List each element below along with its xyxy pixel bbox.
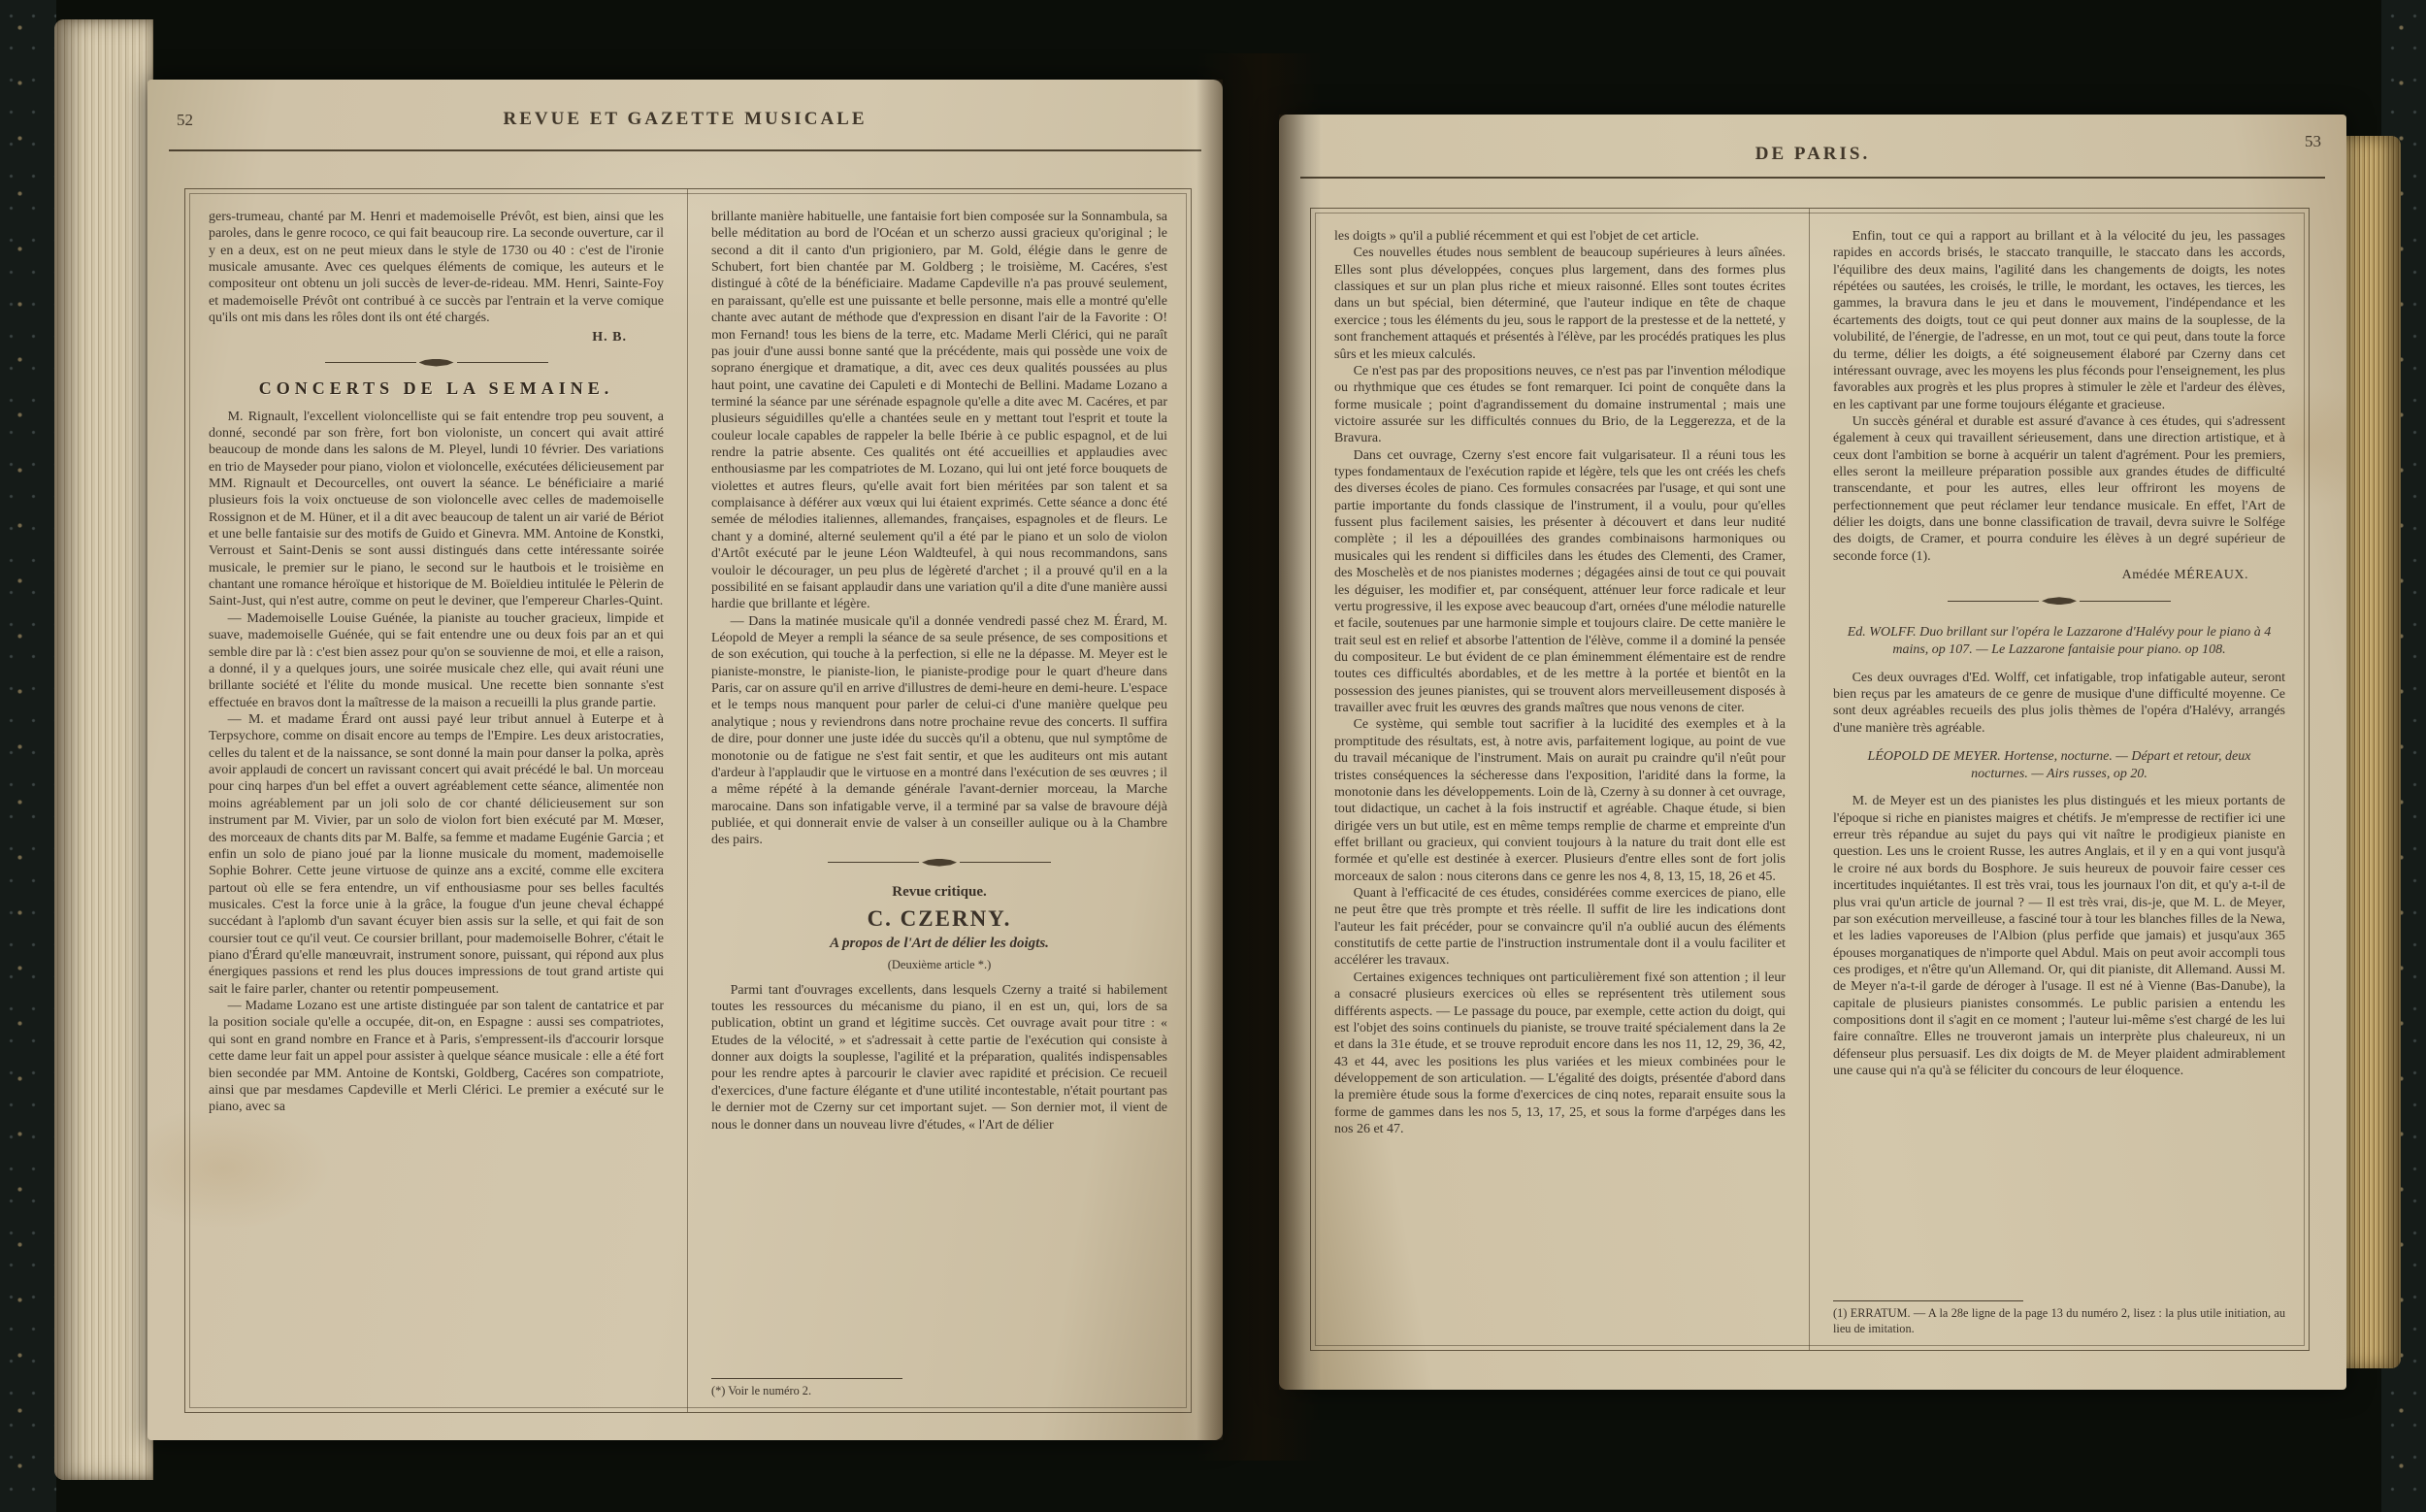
left-page-column-2: brillante manière habituelle, une fantai… (688, 189, 1191, 1412)
spindle-ornament-icon (419, 359, 454, 367)
divider-ornament (828, 859, 1051, 867)
right-page-column-2: Enfin, tout ce qui a rapport au brillant… (1810, 209, 2309, 1350)
body-paragraph: Quant à l'efficacité de ces études, cons… (1334, 885, 1786, 970)
page-number: 53 (2305, 132, 2321, 151)
body-paragraph: brillante manière habituelle, une fantai… (711, 209, 1167, 613)
body-paragraph: Enfin, tout ce qui a rapport au brillant… (1833, 228, 2285, 413)
body-paragraph: les doigts » qu'il a publié récemment et… (1334, 228, 1786, 245)
author-signature: H. B. (209, 330, 627, 345)
body-paragraph: M. de Meyer est un des pianistes les plu… (1833, 793, 2285, 1079)
body-paragraph: M. Rignault, l'excellent violoncelliste … (209, 409, 664, 610)
running-head: DE PARIS. (1279, 144, 2346, 165)
footnote-block: (1) ERRATUM. — A la 28e ligne de la page… (1833, 1293, 2285, 1336)
body-paragraph: Ces nouvelles études nous semblent de be… (1334, 245, 1786, 363)
body-paragraph: — M. et madame Érard ont aussi payé leur… (209, 711, 664, 998)
text-frame: les doigts » qu'il a publié récemment et… (1310, 208, 2310, 1351)
footnote: (*) Voir le numéro 2. (711, 1384, 1167, 1398)
work-heading: Ed. WOLFF. Duo brillant sur l'opéra le L… (1843, 624, 2276, 659)
right-page-column-1: les doigts » qu'il a publié récemment et… (1311, 209, 1810, 1350)
header-rule (1300, 177, 2325, 179)
article-note: (Deuxième article *.) (711, 958, 1167, 972)
body-paragraph: — Madame Lozano est une artiste distingu… (209, 998, 664, 1116)
body-paragraph: — Dans la matinée musicale qu'il a donné… (711, 613, 1167, 849)
body-paragraph: Ces deux ouvrages d'Ed. Wolff, cet infat… (1833, 670, 2285, 737)
body-paragraph: Certaines exigences techniques ont parti… (1334, 970, 1786, 1138)
right-page: DE PARIS. 53 les doigts » qu'il a publié… (1279, 115, 2346, 1390)
left-page: 52 REVUE ET GAZETTE MUSICALE gers-trumea… (148, 80, 1223, 1440)
article-title: C. CZERNY. (711, 906, 1167, 932)
body-paragraph: gers-trumeau, chanté par M. Henri et mad… (209, 209, 664, 327)
page-edges-left (54, 19, 153, 1480)
body-paragraph: Ce système, qui semble tout sacrifier à … (1334, 716, 1786, 885)
article-subtitle: A propos de l'Art de délier les doigts. (711, 936, 1167, 952)
section-heading: CONCERTS DE LA SEMAINE. (209, 378, 664, 399)
header-rule (169, 149, 1201, 151)
body-paragraph: Un succès général et durable est assuré … (1833, 413, 2285, 565)
spindle-ornament-icon (922, 859, 957, 867)
left-page-header: 52 REVUE ET GAZETTE MUSICALE (148, 109, 1223, 148)
page-number: 52 (177, 111, 193, 130)
spindle-ornament-icon (2042, 597, 2077, 605)
footnote-rule (1833, 1300, 2023, 1301)
divider-ornament (1948, 597, 2171, 605)
footnote: (1) ERRATUM. — A la 28e ligne de la page… (1833, 1306, 2285, 1336)
body-paragraph: Parmi tant d'ouvrages excellents, dans l… (711, 982, 1167, 1134)
author-signature: Amédée MÉREAUX. (1833, 568, 2248, 583)
divider-ornament (325, 359, 548, 367)
body-paragraph: Dans cet ouvrage, Czerny s'est encore fa… (1334, 447, 1786, 717)
review-kicker: Revue critique. (711, 884, 1167, 901)
left-page-column-1: gers-trumeau, chanté par M. Henri et mad… (185, 189, 688, 1412)
running-head: REVUE ET GAZETTE MUSICALE (148, 109, 1223, 130)
work-heading: LÉOPOLD DE MEYER. Hortense, nocturne. — … (1843, 748, 2276, 783)
text-frame: gers-trumeau, chanté par M. Henri et mad… (184, 188, 1192, 1413)
body-paragraph: Ce n'est pas par des propositions neuves… (1334, 363, 1786, 447)
footnote-block: (*) Voir le numéro 2. (711, 1370, 1167, 1398)
body-paragraph: — Mademoiselle Louise Guénée, la pianist… (209, 610, 664, 711)
book-cover-left (0, 0, 56, 1512)
footnote-rule (711, 1378, 902, 1379)
